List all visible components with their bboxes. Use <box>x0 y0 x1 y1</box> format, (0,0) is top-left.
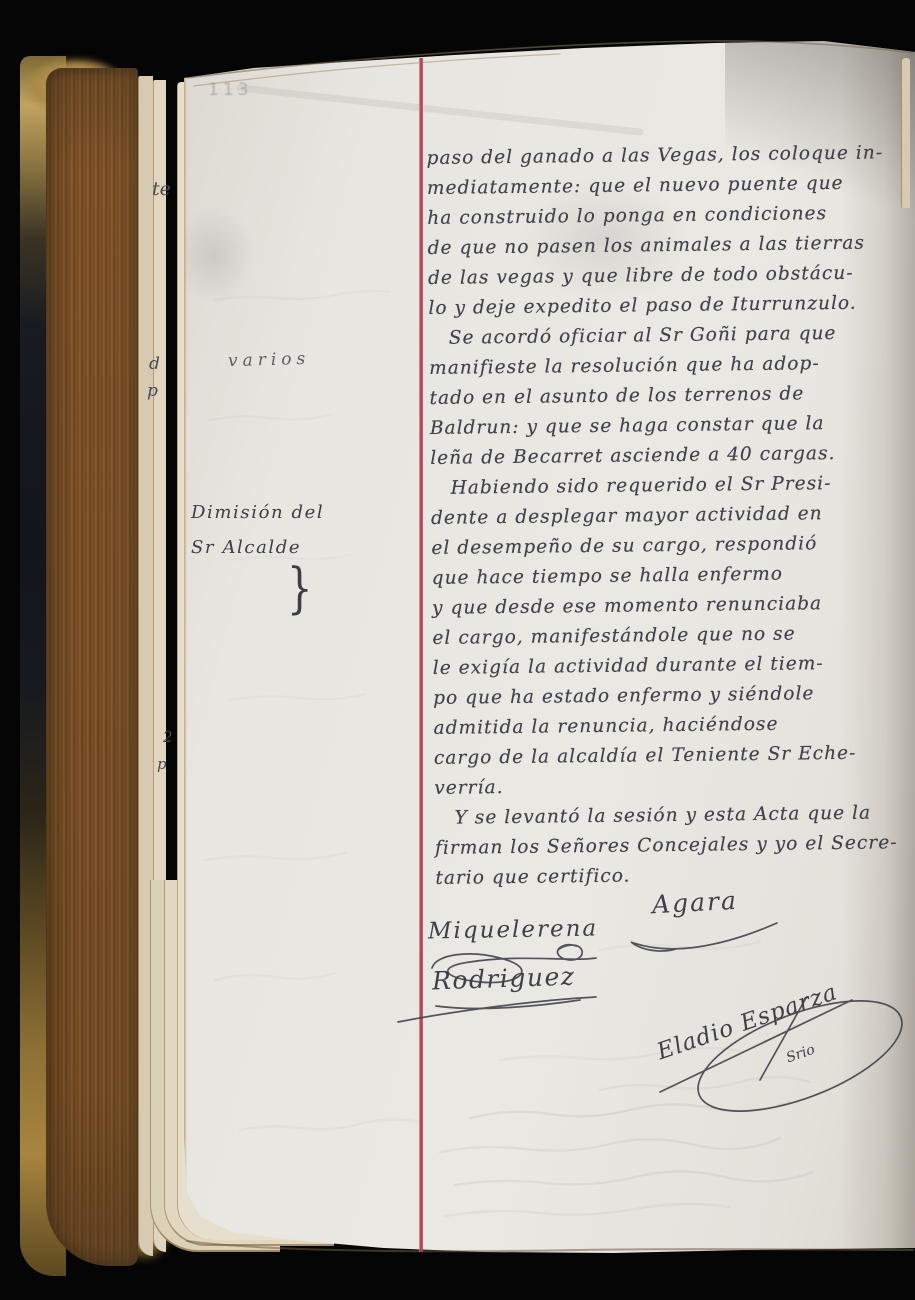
edge-text-fragment: p <box>157 755 167 773</box>
margin-brace: } <box>287 558 312 620</box>
edge-text-fragment: p <box>147 381 158 401</box>
edge-text-fragment: te <box>152 178 171 200</box>
page-left-edge-line <box>184 76 187 1236</box>
fore-edge-shading <box>46 68 138 1266</box>
margin-note-dimision-line1: Dimisión del <box>191 502 324 523</box>
manuscript-photo: 113 varios Dimisión del Sr Alcalde } te … <box>0 0 915 1300</box>
margin-note-dimision-line2: Sr Alcalde <box>191 537 301 558</box>
manuscript-line: cargo de la alcaldía el Teniente Sr Eche… <box>434 738 915 774</box>
edge-text-fragment: d <box>149 354 160 374</box>
signature-miquelerena: Miquelerena <box>428 916 599 945</box>
margin-note-varios: varios <box>228 349 311 371</box>
red-margin-rule <box>419 58 423 1252</box>
page-number: 113 <box>208 80 252 100</box>
signature-agara: Agara <box>651 886 738 919</box>
edge-text-fragment: 2 <box>163 728 173 746</box>
manuscript-line: lo y deje expedito el paso de Iturrunzul… <box>428 288 910 324</box>
manuscript-line: mediatamente: que el nuevo puente que <box>427 168 909 204</box>
signature-rodriguez: Rodriguez <box>432 962 576 996</box>
manuscript-line: firman los Señores Concejales y yo el Se… <box>435 828 915 864</box>
manuscript-text: paso del ganado a las Vegas, los coloque… <box>426 138 915 894</box>
